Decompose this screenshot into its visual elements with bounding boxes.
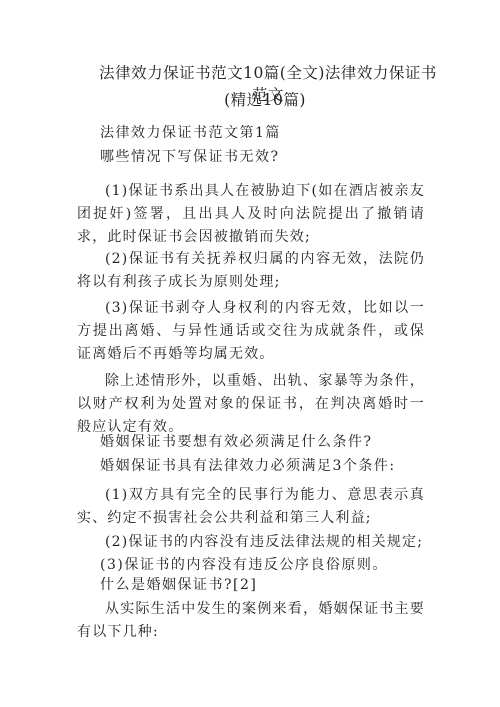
closing-paragraph: 从实际生活中发生的案例来看，婚姻保证书主要有以下几种:	[77, 598, 425, 644]
condition-2: (2)保证书的内容没有违反法律法规的相关规定;	[77, 531, 425, 554]
question-heading-1: 哪些情况下写保证书无效?	[100, 147, 280, 167]
paragraph-1: (1)保证书系出具人在被胁迫下(如在酒店被亲友团捉奸)签署，且出具人及时向法院提…	[77, 180, 425, 249]
paragraph-2: (2)保证书有关抚养权归属的内容无效，法院仍将以有利孩子成长为原则处理;	[77, 248, 425, 294]
condition-3: (3)保证书的内容没有违反公序良俗原则。	[100, 555, 388, 575]
question-heading-3: 什么是婚姻保证书?[2]	[100, 575, 257, 595]
answer-intro-2: 婚姻保证书具有法律效力必须满足3个条件:	[100, 456, 396, 476]
question-heading-2: 婚姻保证书要想有效必须满足什么条件?	[100, 432, 373, 452]
section-heading: 法律效力保证书范文第1篇	[100, 123, 281, 143]
condition-1: (1)双方具有完全的民事行为能力、意思表示真实、约定不损害社会公共利益和第三人利…	[77, 484, 425, 530]
paragraph-3: (3)保证书剥夺人身权利的内容无效，比如以一方提出离婚、与异性通话或交往为成就条…	[77, 297, 425, 366]
document-title-line2: (精选10篇)	[100, 89, 430, 111]
paragraph-4: 除上述情形外，以重婚、出轨、家暴等为条件，以财产权利为处置对象的保证书，在判决离…	[77, 370, 425, 439]
document-page: 法律效力保证书范文10篇(全文)法律效力保证书范文 (精选10篇) 法律效力保证…	[0, 0, 500, 707]
